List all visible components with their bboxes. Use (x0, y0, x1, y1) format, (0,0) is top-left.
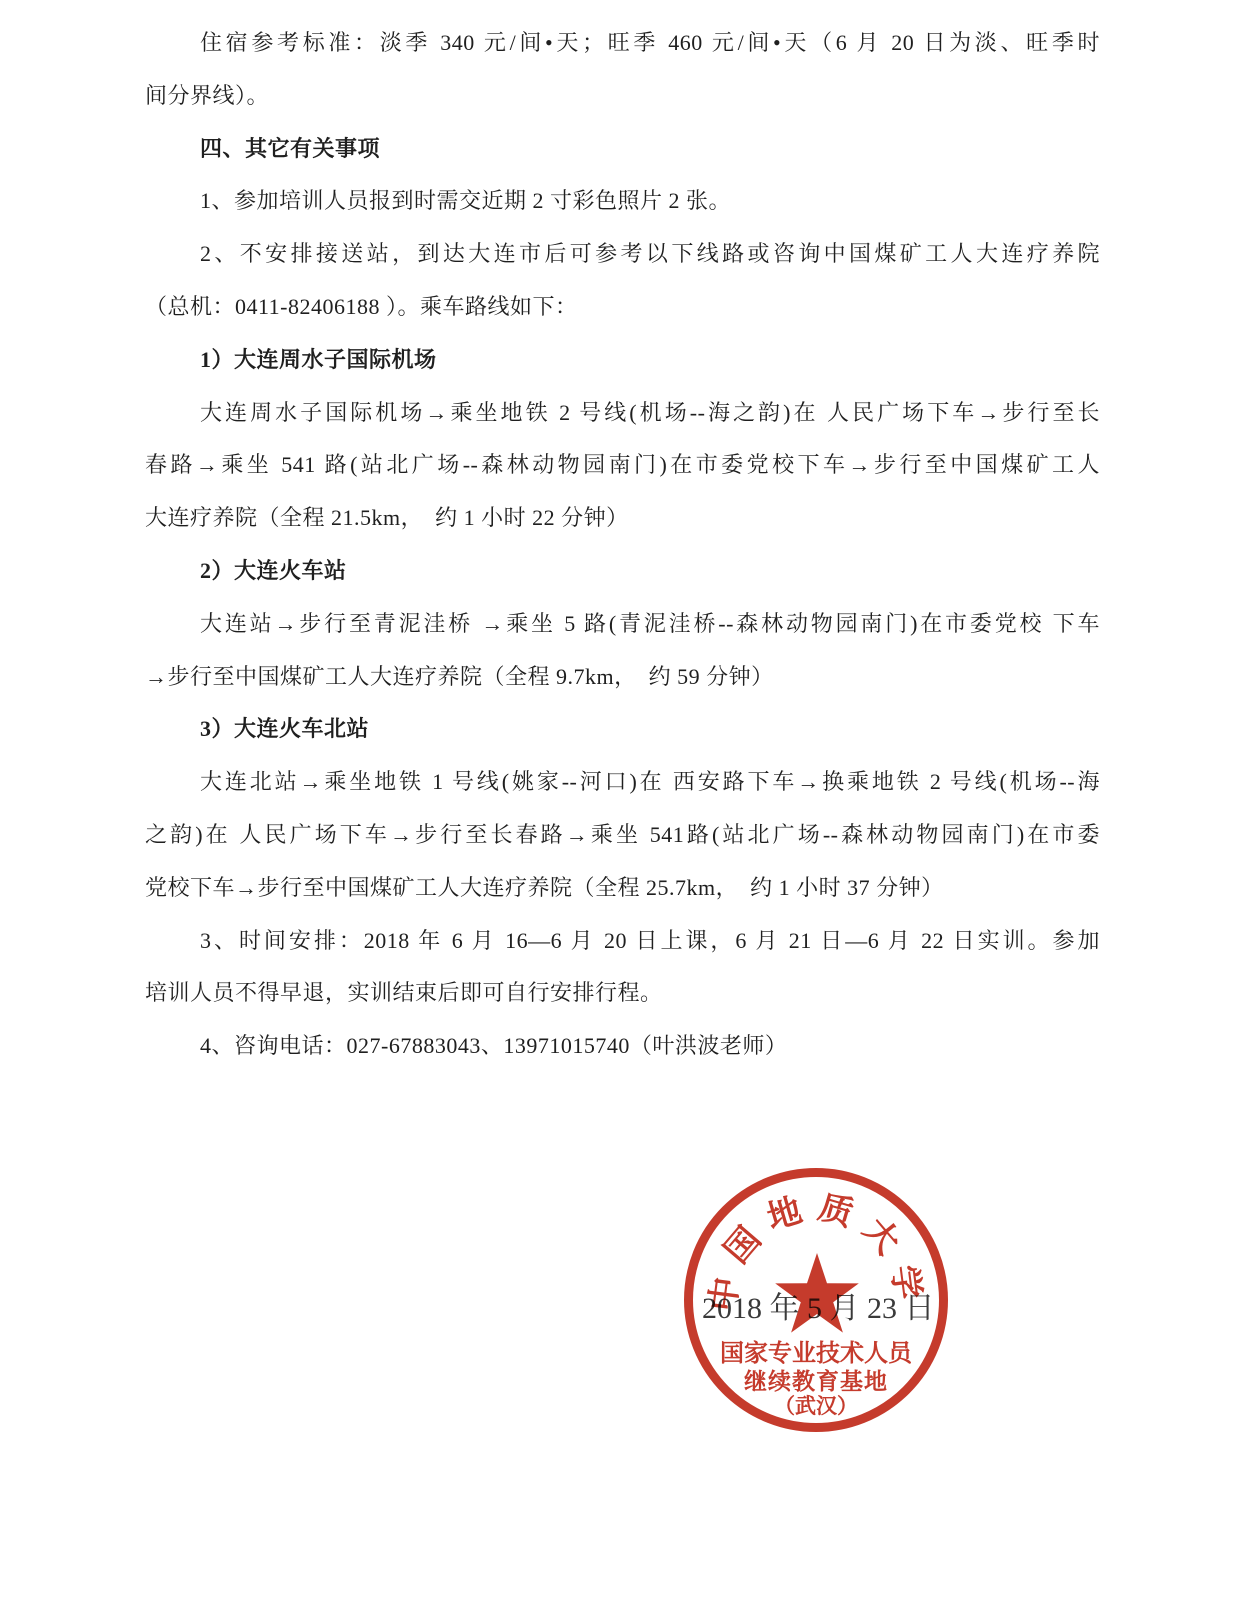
document-line: 培训人员不得早退，实训结束后即可自行安排行程。 (145, 967, 1100, 1020)
official-seal-stamp: 中国地质大学 国家专业技术人员 继续教育基地 （武汉） (671, 1155, 961, 1445)
document-line: 大连周水子国际机场→乘坐地铁 2 号线(机场--海之韵)在 人民广场下车→步行至… (145, 387, 1100, 440)
seal-text-line3: （武汉） (774, 1394, 858, 1418)
document-line: 4、咨询电话：027-67883043、13971015740（叶洪波老师） (145, 1020, 1100, 1073)
document-line: 大连疗养院（全程 21.5km， 约 1 小时 22 分钟） (145, 492, 1100, 545)
document-line: 之韵)在 人民广场下车→步行至长春路→乘坐 541路(站北广场--森林动物园南门… (145, 809, 1100, 862)
document-page: { "page": { "background": "#ffffff", "bo… (0, 0, 1240, 1624)
seal-text-line1: 国家专业技术人员 (720, 1339, 914, 1367)
document-line: 3、时间安排：2018 年 6 月 16—6 月 20 日上课，6 月 21 日… (145, 915, 1100, 968)
route-heading-north-station: 3）大连火车北站 (145, 703, 1100, 756)
document-line: 大连北站→乘坐地铁 1 号线(姚家--河口)在 西安路下车→换乘地铁 2 号线(… (145, 756, 1100, 809)
seal-text-line2: 继续教育基地 (744, 1368, 888, 1394)
document-line: 春路→乘坐 541 路(站北广场--森林动物园南门)在市委党校下车→步行至中国煤… (145, 439, 1100, 492)
document-line: →步行至中国煤矿工人大连疗养院（全程 9.7km， 约 59 分钟） (145, 651, 1100, 704)
document-line: 1、参加培训人员报到时需交近期 2 寸彩色照片 2 张。 (145, 175, 1100, 228)
document-line: 2、不安排接送站，到达大连市后可参考以下线路或咨询中国煤矿工人大连疗养院 (145, 228, 1100, 281)
star-icon (775, 1253, 859, 1333)
document-line: 大连站→步行至青泥洼桥 →乘坐 5 路(青泥洼桥--森林动物园南门)在市委党校 … (145, 598, 1100, 651)
document-body: 住宿参考标准：淡季 340 元/间•天；旺季 460 元/间•天（6 月 20 … (145, 17, 1100, 1073)
document-line: 住宿参考标准：淡季 340 元/间•天；旺季 460 元/间•天（6 月 20 … (145, 17, 1100, 70)
section-heading: 四、其它有关事项 (145, 123, 1100, 176)
route-heading-railway-station: 2）大连火车站 (145, 545, 1100, 598)
document-line: （总机：0411-82406188 ）。乘车路线如下： (145, 281, 1100, 334)
document-line: 党校下车→步行至中国煤矿工人大连疗养院（全程 25.7km， 约 1 小时 37… (145, 862, 1100, 915)
document-line: 间分界线）。 (145, 70, 1100, 123)
route-heading-airport: 1）大连周水子国际机场 (145, 334, 1100, 387)
